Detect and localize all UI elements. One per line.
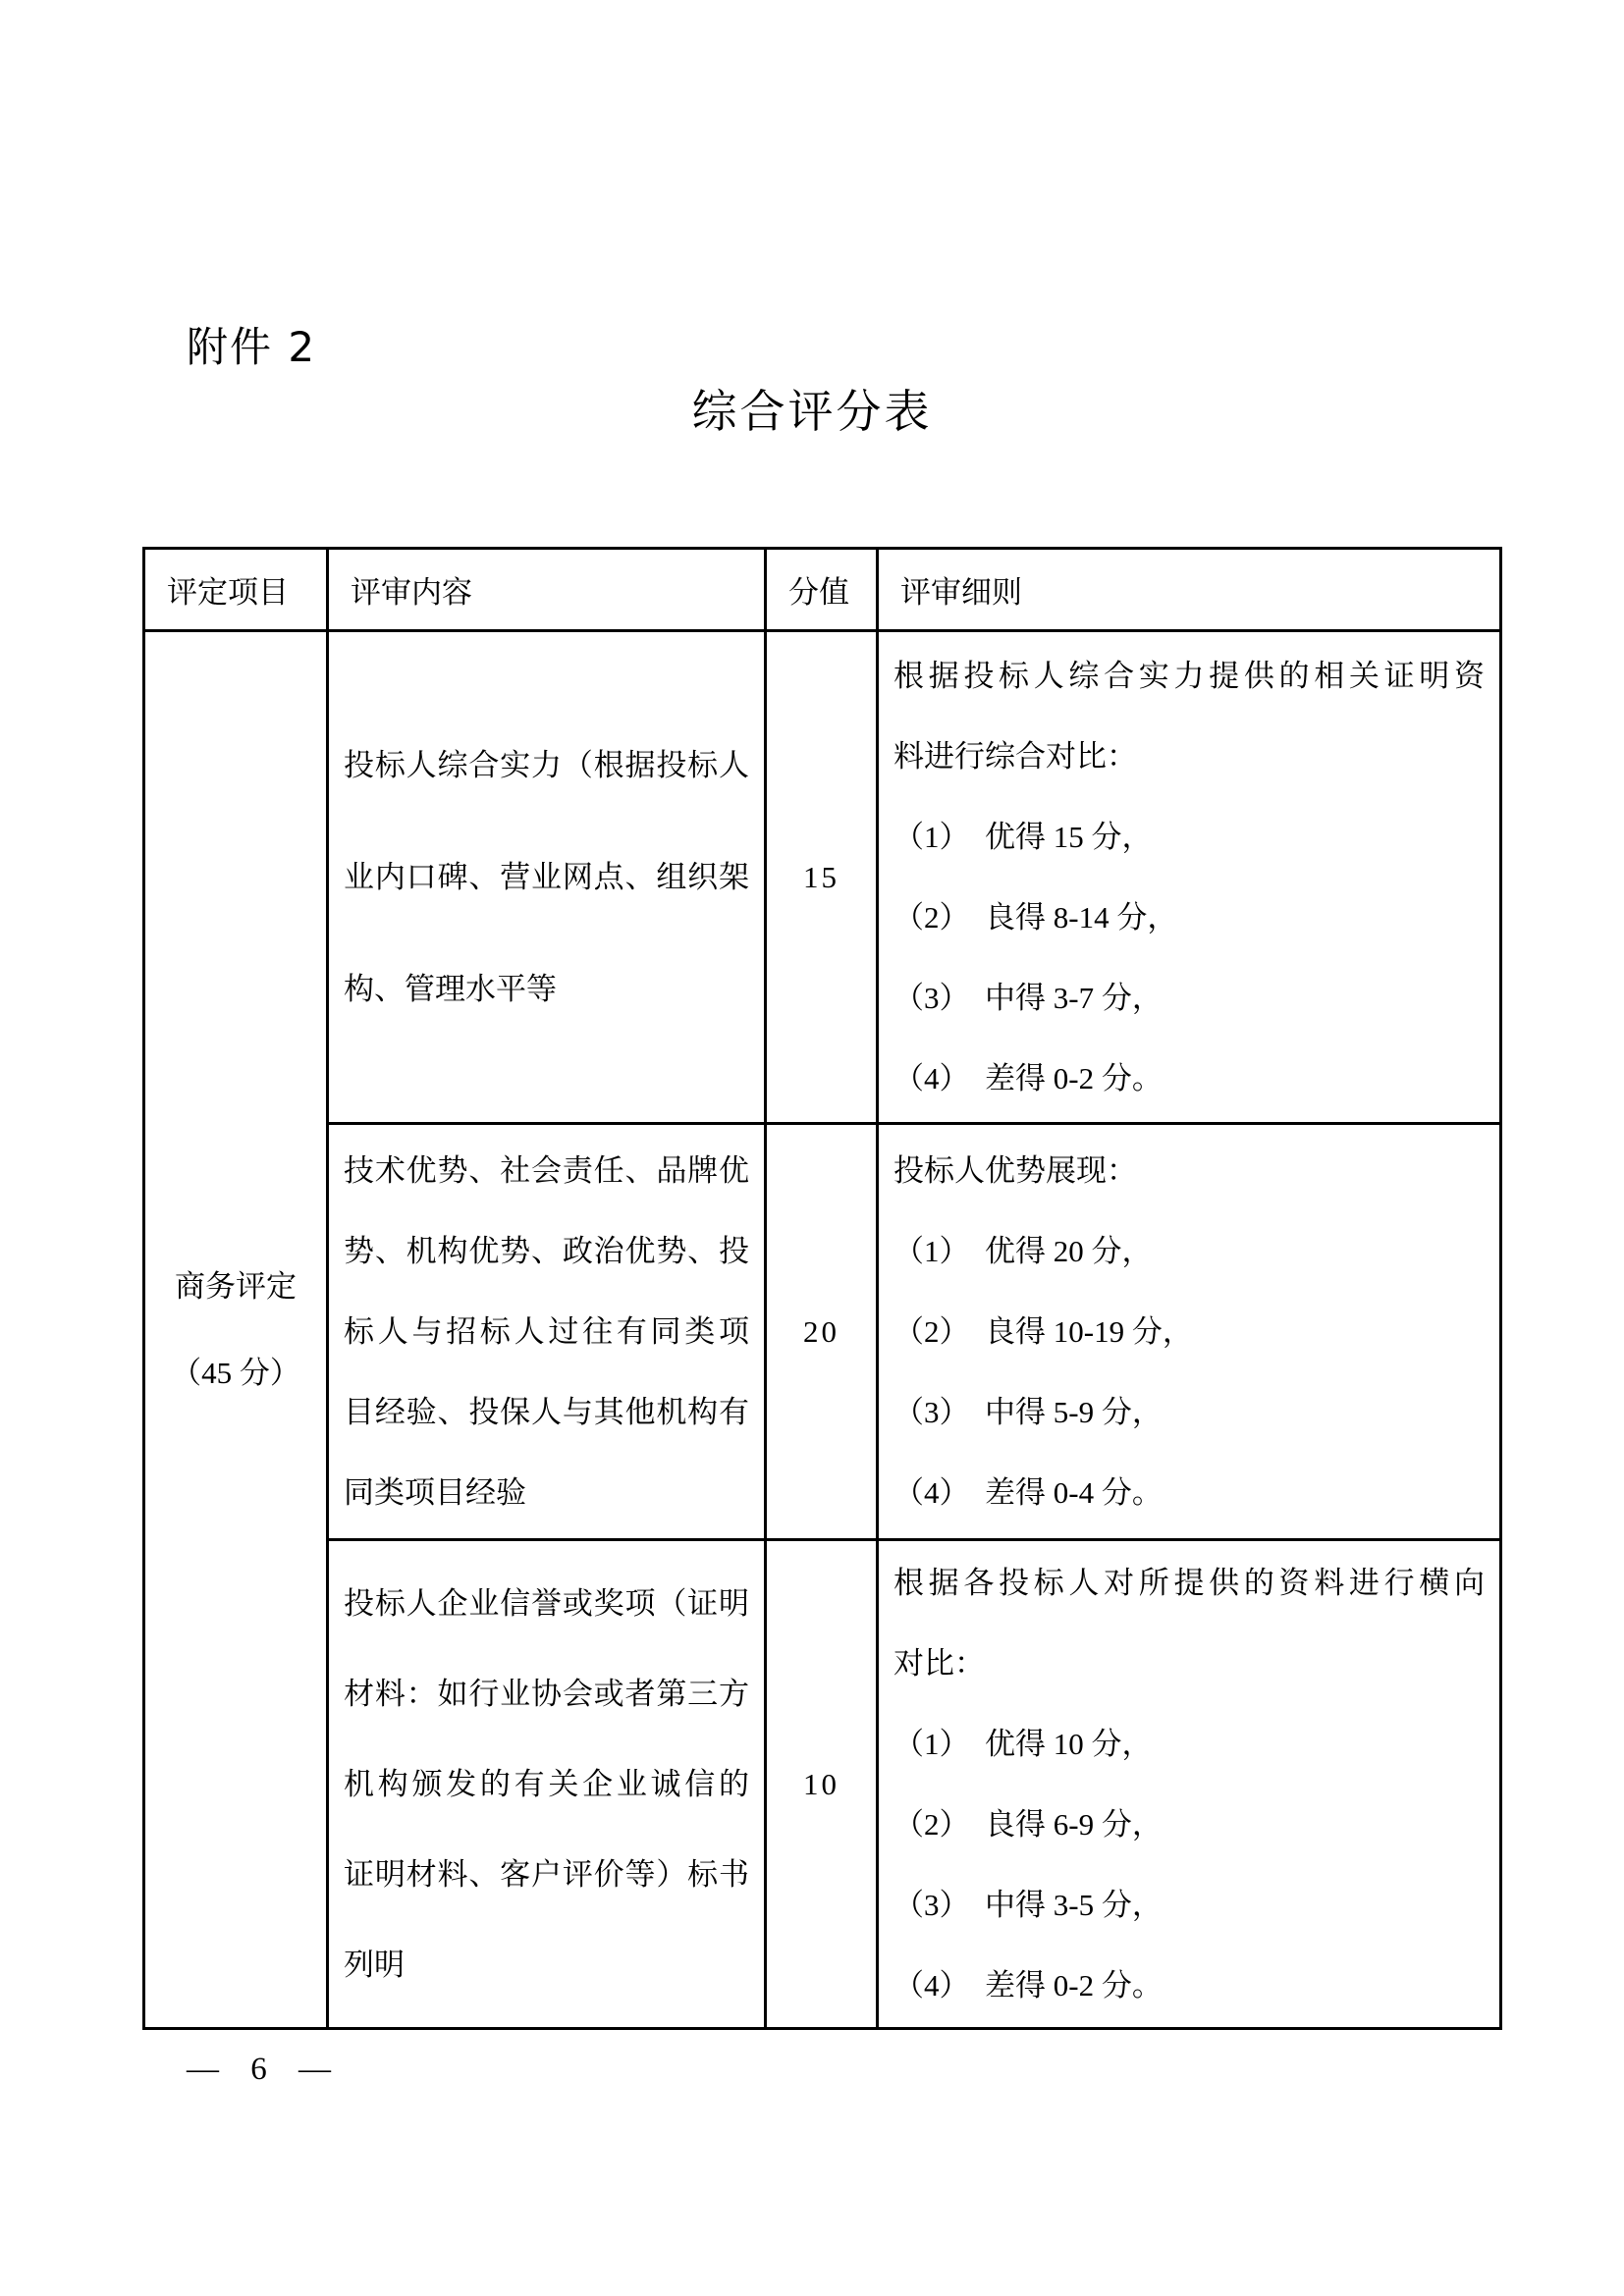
text-line: （3） 中得 3-7 分， bbox=[893, 958, 1485, 1039]
text-line: 势、机构优势、政治优势、投 bbox=[344, 1211, 749, 1292]
review-criteria-cell: 根据各投标人对所提供的资料进行横向对比：（1） 优得 10 分，（2） 良得 6… bbox=[878, 1540, 1501, 2029]
text-line: （2） 良得 10-19 分， bbox=[893, 1292, 1485, 1372]
text-line: 投标人企业信誉或奖项（证明 bbox=[344, 1559, 749, 1649]
text-line: （1） 优得 10 分， bbox=[893, 1704, 1485, 1785]
score-cell: 15 bbox=[766, 631, 878, 1124]
text-line: 根据投标人综合实力提供的相关证明资 bbox=[893, 636, 1485, 717]
review-criteria-cell: 根据投标人综合实力提供的相关证明资料进行综合对比：（1） 优得 15 分，（2）… bbox=[878, 631, 1501, 1124]
text-line: 商务评定 bbox=[160, 1244, 311, 1330]
document-page: 附件 2 综合评分表 评定项目评审内容分值评审细则商务评定（45 分）投标人综合… bbox=[0, 0, 1624, 2296]
review-content-cell: 技术优势、社会责任、品牌优势、机构优势、政治优势、投标人与招标人过往有同类项目经… bbox=[328, 1124, 766, 1540]
table-row: 商务评定（45 分）投标人综合实力（根据投标人业内口碑、营业网点、组织架构、管理… bbox=[144, 631, 1501, 1124]
text-line: 证明材料、客户评价等）标书 bbox=[344, 1830, 749, 1920]
text-line: 技术优势、社会责任、品牌优 bbox=[344, 1131, 749, 1211]
score-cell: 10 bbox=[766, 1540, 878, 2029]
review-criteria-cell: 投标人优势展现：（1） 优得 20 分，（2） 良得 10-19 分，（3） 中… bbox=[878, 1124, 1501, 1540]
text-line: 列明 bbox=[344, 1920, 749, 2010]
column-header: 评定项目 bbox=[144, 549, 328, 631]
text-line: 投标人综合实力（根据投标人 bbox=[344, 710, 749, 822]
text-line: （1） 优得 20 分， bbox=[893, 1211, 1485, 1292]
category-cell: 商务评定（45 分） bbox=[144, 631, 328, 2029]
text-line: （4） 差得 0-4 分。 bbox=[893, 1453, 1485, 1533]
text-line: 机构颁发的有关企业诚信的 bbox=[344, 1739, 749, 1830]
text-line: （2） 良得 8-14 分， bbox=[893, 878, 1485, 958]
text-line: 料进行综合对比： bbox=[893, 717, 1485, 797]
text-line: （2） 良得 6-9 分， bbox=[893, 1785, 1485, 1865]
text-line: 目经验、投保人与其他机构有 bbox=[344, 1372, 749, 1453]
table-row: 投标人企业信誉或奖项（证明材料：如行业协会或者第三方机构颁发的有关企业诚信的证明… bbox=[144, 1540, 1501, 2029]
table-header-row: 评定项目评审内容分值评审细则 bbox=[144, 549, 1501, 631]
text-line: （4） 差得 0-2 分。 bbox=[893, 1946, 1485, 2026]
text-line: 投标人优势展现： bbox=[893, 1131, 1485, 1211]
scoring-table: 评定项目评审内容分值评审细则商务评定（45 分）投标人综合实力（根据投标人业内口… bbox=[142, 547, 1502, 2030]
text-line: 业内口碑、营业网点、组织架 bbox=[344, 822, 749, 934]
text-line: （4） 差得 0-2 分。 bbox=[893, 1039, 1485, 1119]
score-cell: 20 bbox=[766, 1124, 878, 1540]
review-content-cell: 投标人企业信誉或奖项（证明材料：如行业协会或者第三方机构颁发的有关企业诚信的证明… bbox=[328, 1540, 766, 2029]
text-line: （3） 中得 3-5 分， bbox=[893, 1865, 1485, 1946]
review-content-cell: 投标人综合实力（根据投标人业内口碑、营业网点、组织架构、管理水平等 bbox=[328, 631, 766, 1124]
text-line: （45 分） bbox=[160, 1330, 311, 1416]
scoring-table-body: 评定项目评审内容分值评审细则商务评定（45 分）投标人综合实力（根据投标人业内口… bbox=[144, 549, 1501, 2029]
text-line: 标人与招标人过往有同类项 bbox=[344, 1292, 749, 1372]
column-header: 评审细则 bbox=[878, 549, 1501, 631]
text-line: 同类项目经验 bbox=[344, 1453, 749, 1533]
column-header: 分值 bbox=[766, 549, 878, 631]
text-line: （3） 中得 5-9 分， bbox=[893, 1372, 1485, 1453]
text-line: 构、管理水平等 bbox=[344, 934, 749, 1045]
text-line: 根据各投标人对所提供的资料进行横向 bbox=[893, 1543, 1485, 1624]
column-header: 评审内容 bbox=[328, 549, 766, 631]
page-title: 综合评分表 bbox=[0, 381, 1624, 442]
page-number: — 6 — bbox=[187, 2048, 331, 2091]
text-line: 对比： bbox=[893, 1624, 1485, 1704]
table-row: 技术优势、社会责任、品牌优势、机构优势、政治优势、投标人与招标人过往有同类项目经… bbox=[144, 1124, 1501, 1540]
text-line: （1） 优得 15 分， bbox=[893, 797, 1485, 878]
attachment-label: 附件 2 bbox=[187, 320, 316, 375]
text-line: 材料：如行业协会或者第三方 bbox=[344, 1649, 749, 1739]
